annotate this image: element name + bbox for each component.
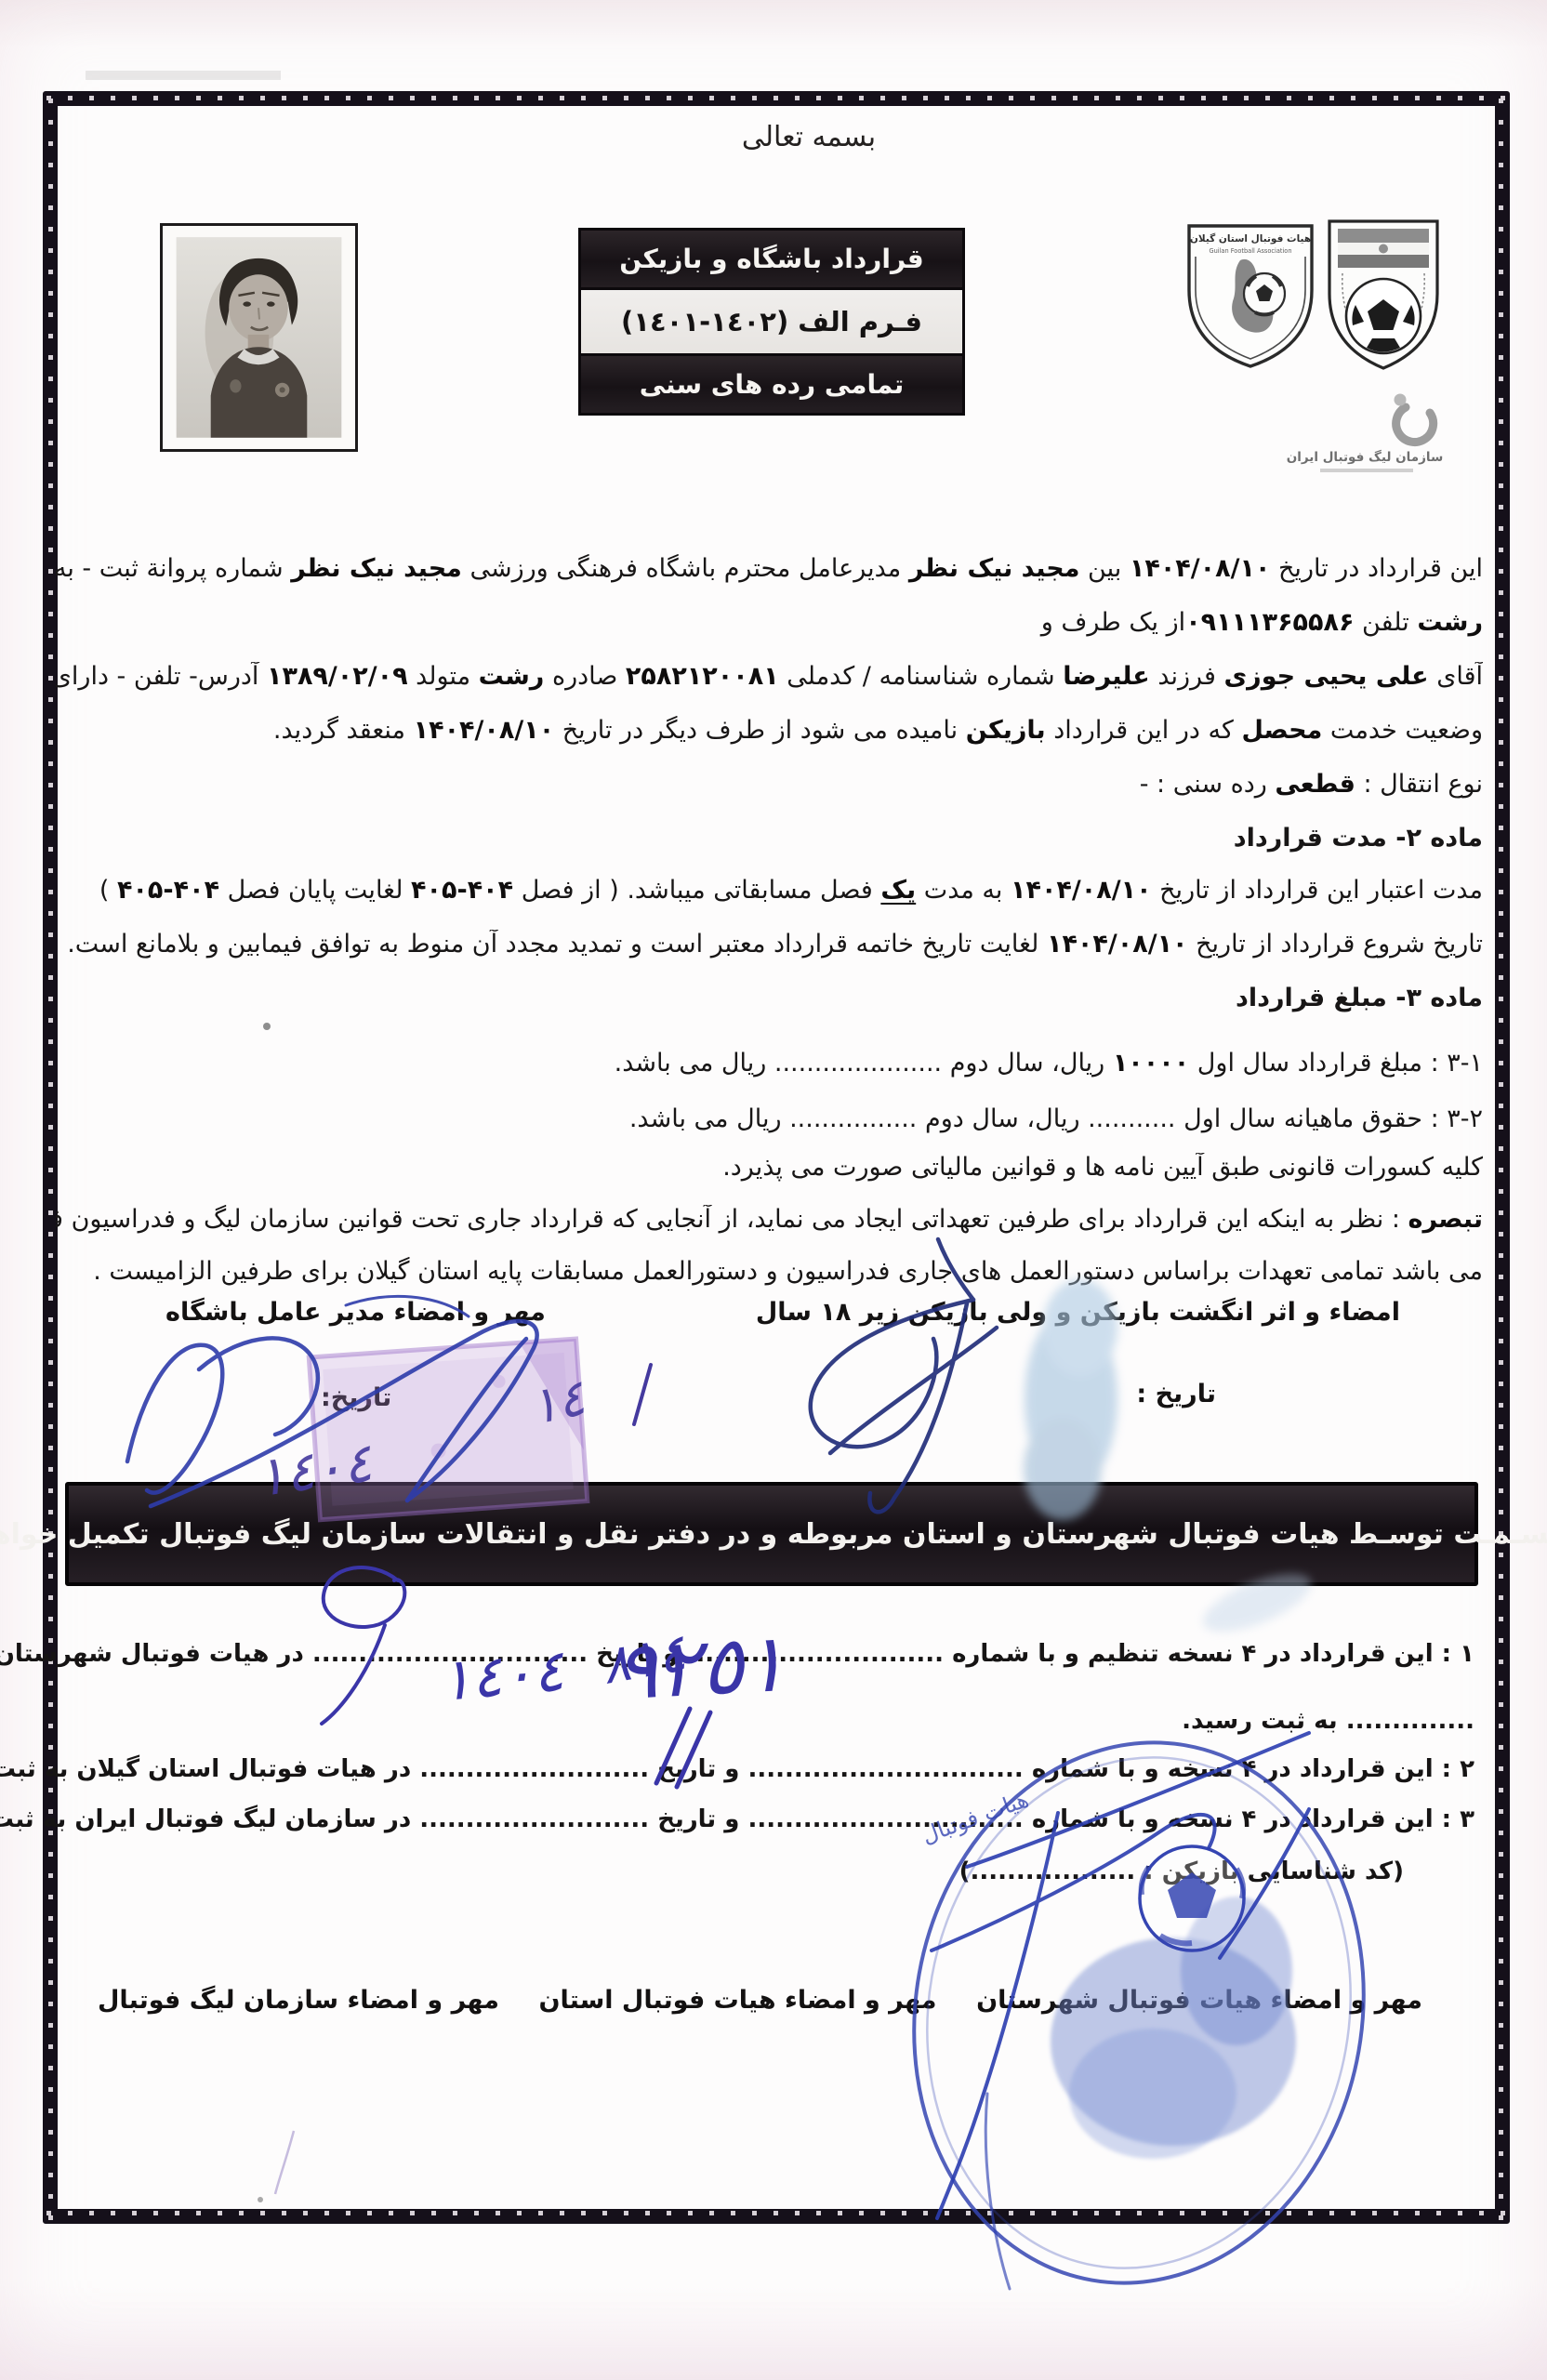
amount-line-2: ۳-۲ : حقوق ماهیانه سال اول ........... ر… [56, 1104, 1483, 1133]
player-date-label: تاریخ : [1136, 1380, 1216, 1408]
contract-line-3: آقای علی یحیی جوزی فرزند علیرضا شماره شن… [56, 662, 1483, 691]
contract-start-line: تاریخ شروع قرارداد از تاریخ ۱۴۰۴/۰۸/۱۰ ل… [56, 930, 1483, 959]
border-dots-left [48, 95, 53, 2220]
contract-duration-line: مدت اعتبار این قرارداد از تاریخ ۱۴۰۴/۰۸/… [56, 876, 1483, 905]
article2-heading: ماده ۲- مدت قرارداد [56, 824, 1483, 853]
contract-line-1: این قرارداد در تاریخ ۱۴۰۴/۰۸/۱۰ بین مجید… [56, 554, 1483, 583]
amount-line-1: ۳-۱ : مبلغ قرارداد سال اول ۱۰۰۰۰ ریال، س… [56, 1049, 1483, 1078]
form-title-line2: فـرم الف (١٤٠٢-١٤٠١) [578, 290, 965, 353]
player-signature-label: امضاء و اثر انگشت بازیکن و ولی بازیکن زی… [756, 1298, 1400, 1327]
border-dots-top [46, 96, 1506, 100]
federation-section-banner: این قـسـمـت توسـط هیات فوتبال شهرستان و … [65, 1482, 1478, 1586]
note-line-2: می باشد تمامی تعهدات براساس دستورالعمل ه… [56, 1257, 1483, 1286]
besmele-heading: بسمه تعالی [614, 121, 1004, 153]
form-title-line1: قرارداد باشگاه و بازیکن [578, 228, 965, 290]
border-dots-bottom [46, 2211, 1506, 2215]
club-date-label: تاریخ: [321, 1383, 391, 1412]
gilan-fa-logo: هیات فوتبال استان گیلان Guilan Football … [1183, 219, 1318, 374]
scan-smudge [86, 71, 281, 80]
article3-heading: ماده ۳- مبلغ قرارداد [56, 984, 1483, 1012]
club-signature-label: مهر و امضاء مدیر عامل باشگاه [165, 1298, 546, 1327]
footer-stamp-labels: مهر و امضاء هیات فوتبال شهرستان مهر و ام… [98, 1986, 1422, 2015]
registration-item-3: ۳ : این قرارداد در ۴ نسخه و با شماره ...… [0, 1805, 1474, 1833]
scanned-contract-page: بسمه تعالی [0, 0, 1547, 2380]
federation-section-banner-text: این قـسـمـت توسـط هیات فوتبال شهرستان و … [0, 1518, 1547, 1551]
form-title-block: قرارداد باشگاه و بازیکن فـرم الف (١٤٠٢-١… [578, 228, 965, 416]
player-code-line: (کد شناسایی بازیکن : ..................) [959, 1858, 1404, 1885]
player-photo-image [163, 226, 355, 449]
registration-item-1b: .............. به ثبت رسید. [1182, 1707, 1474, 1735]
contract-line-2: رشت تلفن ۰۹۱۱۱۳۶۵۵۸۶از یک طرف و [56, 608, 1483, 637]
svg-text:سازمان لیگ فوتبال ایران: سازمان لیگ فوتبال ایران [1287, 449, 1443, 465]
league-organization-logo: سازمان لیگ فوتبال ایران [1283, 387, 1454, 483]
league-stamp-label: مهر و امضاء سازمان لیگ فوتبال [98, 1986, 499, 2015]
city-fa-stamp-label: مهر و امضاء هیات فوتبال شهرستان [976, 1986, 1422, 2015]
contract-line-4: وضعیت خدمت محصل که در این قرارداد بازیکن… [56, 716, 1483, 745]
svg-text:هیات فوتبال استان گیلان: هیات فوتبال استان گیلان [1190, 232, 1311, 245]
ffiri-logo [1324, 216, 1443, 376]
svg-text:Guilan Football Association: Guilan Football Association [1209, 247, 1291, 255]
registration-item-1: ۱ : این قرارداد در ۴ نسخه تنظیم و با شما… [0, 1640, 1474, 1668]
transfer-type-line: نوع انتقال : قطعی رده سنی : - [56, 770, 1483, 799]
player-photo [160, 223, 358, 452]
registration-item-2: ۲ : این قرارداد در ۴ نسخه و با شماره ...… [0, 1755, 1474, 1783]
border-dots-right [1499, 95, 1503, 2220]
deductions-line: کلیه کسورات قانونی طبق آیین نامه ها و قو… [56, 1153, 1483, 1182]
note-line-1: تبصره : نظر به اینکه این قرارداد برای طر… [56, 1205, 1483, 1234]
form-title-line3: تمامی رده های سنی [578, 353, 965, 416]
province-fa-stamp-label: مهر و امضاء هیات فوتبال استان [539, 1986, 937, 2015]
